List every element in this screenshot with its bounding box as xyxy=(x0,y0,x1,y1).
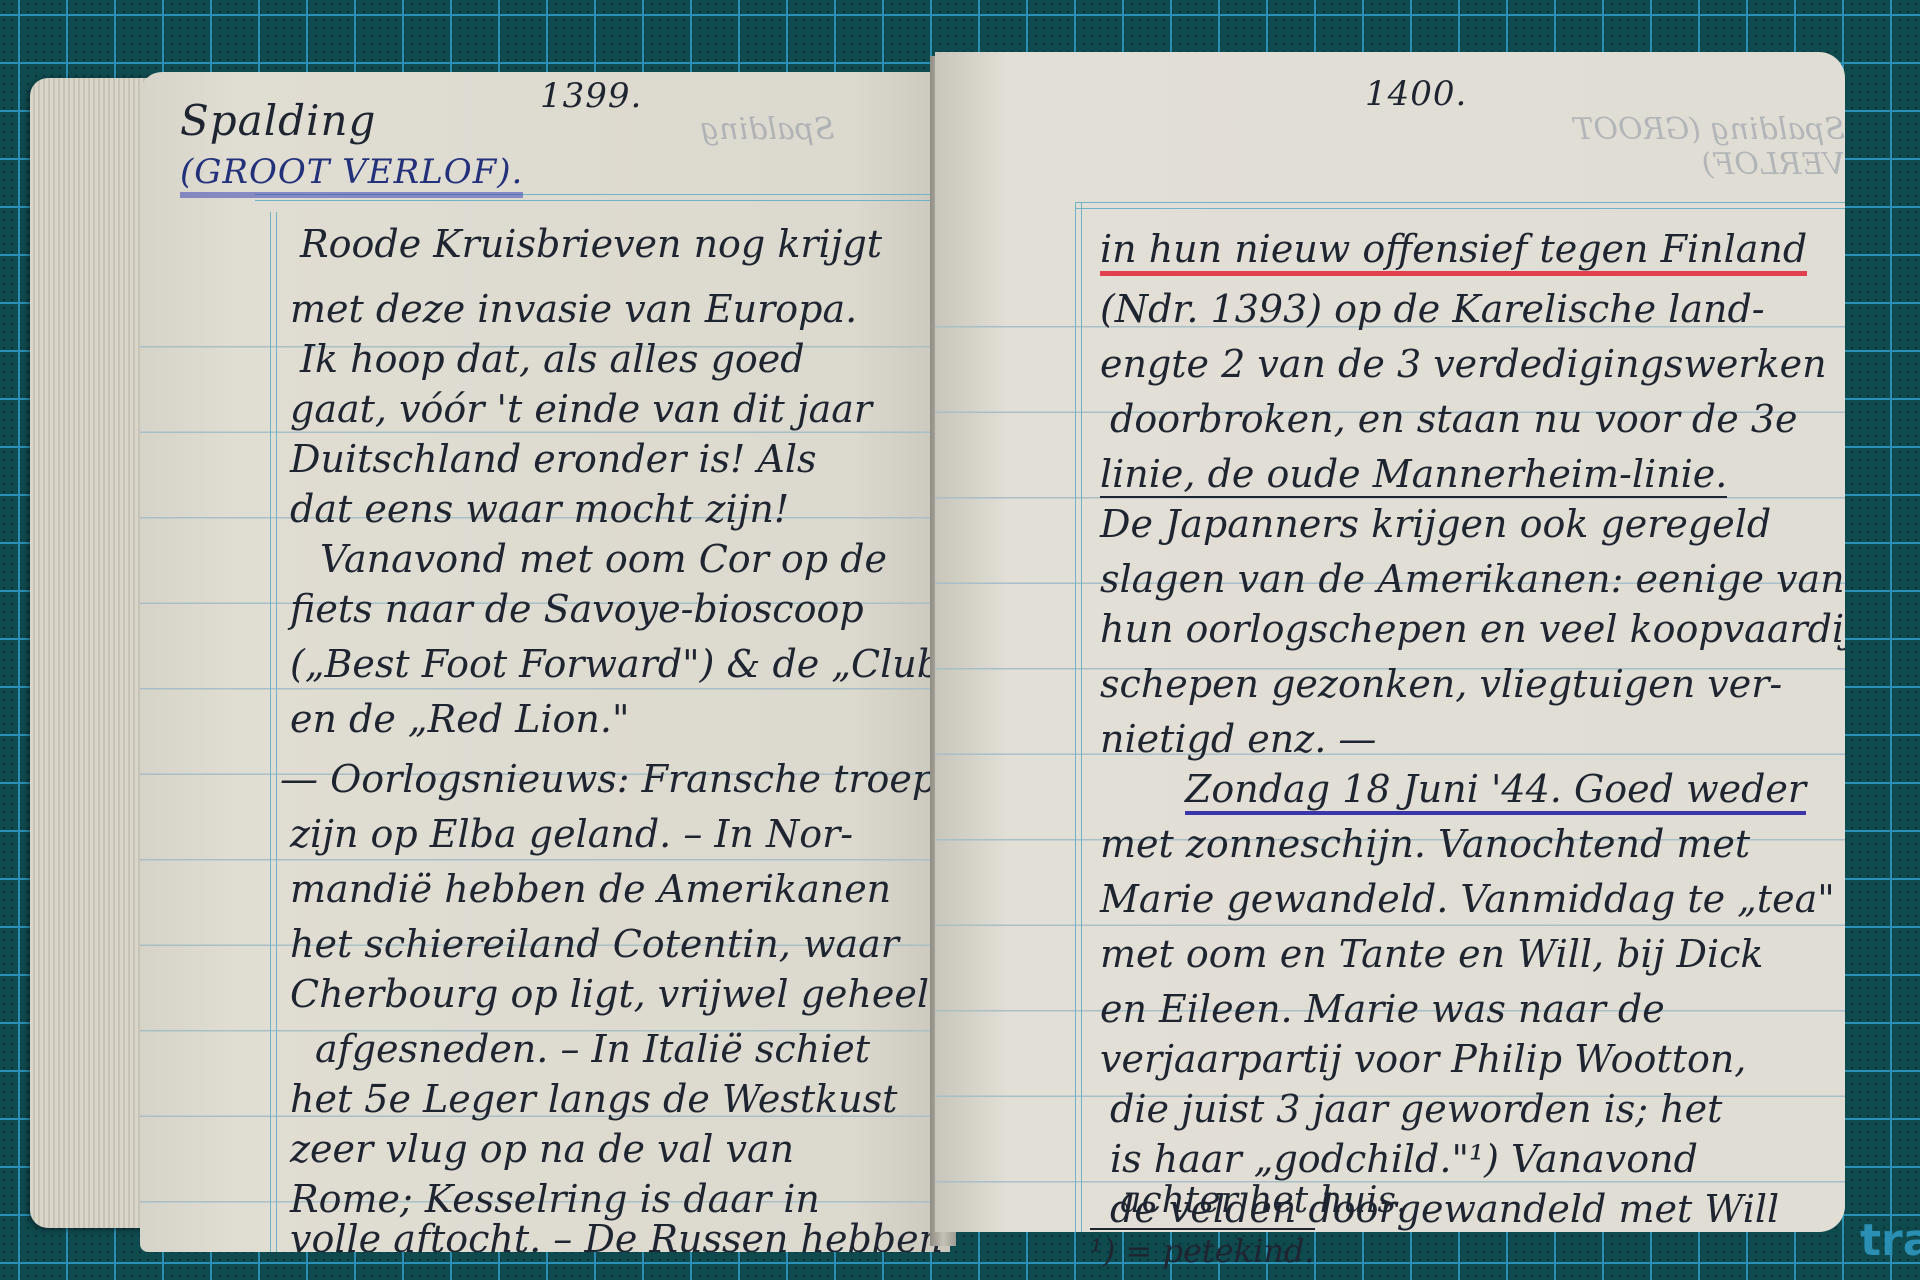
text-line: en Eileen. Marie was naar de xyxy=(1100,987,1665,1031)
left-margin-rule xyxy=(270,212,277,1252)
mannerheim-line: linie, de oude Mannerheim-linie. xyxy=(1100,452,1727,498)
text-line: slagen van de Amerikanen: eenige van xyxy=(1100,557,1845,601)
text-line: engte 2 van de 3 verdedigingswerken xyxy=(1100,342,1827,386)
left-page: Spalding 1399. Spalding (GROOT VERLOF). … xyxy=(140,72,950,1252)
ruled-lines xyxy=(935,242,1845,1232)
text-line-last: achter het huis. xyxy=(1120,1180,1407,1221)
text-line: die juist 3 jaar geworden is; het xyxy=(1110,1087,1722,1131)
footnote: ¹) = petekind. xyxy=(1090,1228,1315,1270)
text-line: schepen gezonken, vliegtuigen ver- xyxy=(1100,662,1782,706)
text-line: met oom en Tante en Will, bij Dick xyxy=(1100,932,1763,976)
text-line: zeer vlug op na de val van xyxy=(290,1127,794,1171)
open-notebook: Spalding 1399. Spalding (GROOT VERLOF). … xyxy=(30,36,1850,1272)
date-heading: Zondag 18 Juni '44. Goed weder xyxy=(1185,767,1806,811)
text-line: en de „Red Lion." xyxy=(290,697,629,741)
text-line: in hun nieuw offensief tegen Finland xyxy=(1100,227,1807,271)
text-line: Rome; Kesselring is daar in xyxy=(290,1177,820,1221)
text-line: zijn op Elba geland. – In Nor- xyxy=(290,812,853,856)
text-line: dat eens waar mocht zijn! xyxy=(290,487,789,531)
text-line: het schiereiland Cotentin, waar xyxy=(290,922,899,966)
text-line: — Oorlogsnieuws: Fransche troepen xyxy=(280,757,950,801)
watermark-logo: tra xyxy=(1860,1215,1920,1266)
text-line: mandië hebben de Amerikanen xyxy=(290,867,891,911)
text-line: Roode Kruisbrieven nog krijgt xyxy=(300,222,882,266)
text-line: (Ndr. 1393) op de Karelische land- xyxy=(1100,287,1765,331)
text-line: doorbroken, en staan nu voor de 3e xyxy=(1110,397,1798,441)
text-line: De Japanners krijgen ook geregeld xyxy=(1100,502,1771,546)
text-line: Cherbourg op ligt, vrijwel geheel xyxy=(290,972,929,1016)
text-line: gaat, vóór 't einde van dit jaar xyxy=(290,387,872,431)
text-line: nietigd enz. — xyxy=(1100,717,1376,761)
text-line: fiets naar de Savoye-bioscoop xyxy=(290,587,864,631)
red-underlined-line: in hun nieuw offensief tegen Finland xyxy=(1100,227,1807,276)
header-title: Spalding xyxy=(180,96,376,145)
text-line: linie, de oude Mannerheim-linie. xyxy=(1100,452,1727,496)
left-margin-rule xyxy=(1075,202,1082,1232)
text-line: Vanavond met oom Cor op de xyxy=(320,537,887,581)
text-line: („Best Foot Forward") & de „Club" xyxy=(290,642,950,686)
top-margin-rule xyxy=(1075,202,1845,209)
page-number: 1399. xyxy=(540,76,642,116)
text-line: Ik hoop dat, als alles goed xyxy=(300,337,805,381)
page-edges xyxy=(30,78,150,1228)
right-page: Spalding (GROOT VERLOF) 1400. in hun nie… xyxy=(935,52,1845,1232)
text-line: met deze invasie van Europa. xyxy=(290,287,857,331)
text-line: het 5e Leger langs de Westkust xyxy=(290,1077,897,1121)
header-subtitle: (GROOT VERLOF). xyxy=(180,152,523,198)
page-number: 1400. xyxy=(1365,74,1467,114)
text-line: Marie gewandeld. Vanmiddag te „tea" xyxy=(1100,877,1835,921)
text-line: verjaarpartij voor Philip Wootton, xyxy=(1100,1037,1746,1081)
text-line: hun oorlogschepen en veel koopvaardij- xyxy=(1100,607,1845,651)
text-line: is haar „godchild."¹) Vanavond xyxy=(1110,1137,1698,1181)
text-line: afgesneden. – In Italië schiet xyxy=(315,1027,870,1071)
text-line: Duitschland eronder is! Als xyxy=(290,437,816,481)
text-line: volle aftocht. – De Russen hebben xyxy=(290,1217,943,1252)
text-line: met zonneschijn. Vanochtend met xyxy=(1100,822,1750,866)
